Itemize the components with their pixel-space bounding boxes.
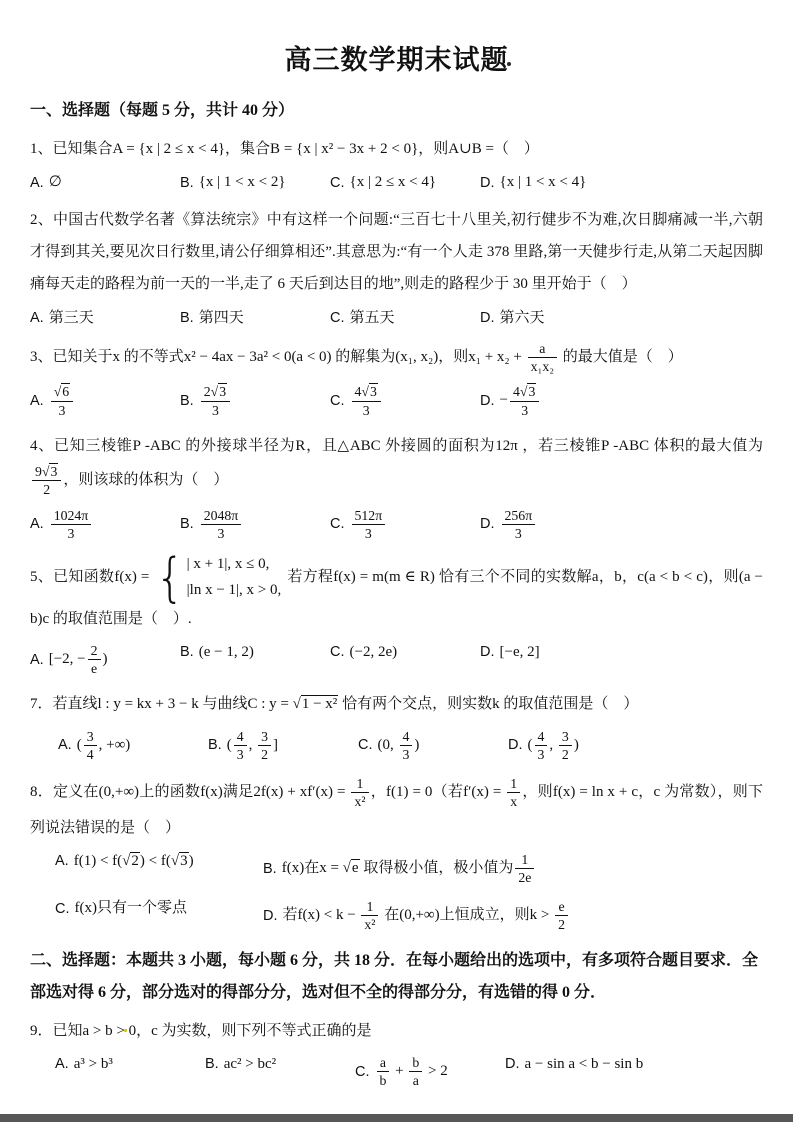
fraction-denominator: 3	[352, 525, 386, 542]
fraction-denominator: 3	[510, 402, 539, 419]
fraction-denominator: 3	[51, 402, 73, 419]
option-content: 第三天	[49, 307, 94, 330]
question-5-options: A.[−2, −2e)B.(e − 1, 2)C.(−2, 2e)D.[−e, …	[30, 641, 763, 678]
fraction-denominator: a	[409, 1072, 422, 1089]
option-A: A.第三天	[30, 307, 180, 330]
option-label: B.	[263, 861, 277, 877]
fraction-numerator: 1	[351, 775, 368, 793]
option-A: A.√63	[30, 382, 180, 419]
sqrt-radical: √3	[361, 383, 377, 399]
option-content: 256π3	[500, 506, 538, 543]
option-D: D.(43, 32)	[508, 727, 658, 764]
fraction-numerator: √6	[51, 383, 73, 401]
option-label: D.	[480, 516, 495, 532]
question-4-options: A.1024π3B.2048π3C.512π3D.256π3	[30, 506, 763, 543]
sqrt-bar: 3	[49, 463, 58, 479]
fraction-numerator: 1	[515, 851, 534, 869]
stray-mark-bottom	[124, 1029, 127, 1032]
option-content: −4√33	[500, 382, 542, 419]
fraction-denominator: e	[88, 660, 101, 677]
option-D: D.256π3	[480, 506, 630, 543]
fraction-numerator: 1024π	[51, 507, 92, 525]
fraction: 1x²	[351, 775, 368, 810]
sqrt-bar: 6	[61, 383, 70, 399]
option-label: A.	[55, 853, 69, 869]
fraction-numerator: 2√3	[201, 383, 230, 401]
option-A: A.(34, +∞)	[58, 727, 208, 764]
fraction-denominator: 3	[51, 525, 92, 542]
option-label: A.	[30, 393, 44, 409]
option-B: B.(e − 1, 2)	[180, 641, 330, 664]
option-content: (43, 32)	[528, 727, 579, 764]
option-content: f(x)在x = √e 取得极小值，极小值为12e	[282, 850, 537, 887]
option-content: {x | 1 < x < 2}	[199, 171, 286, 194]
fraction-denominator: 3	[201, 525, 242, 542]
fraction: 4√33	[510, 383, 539, 418]
option-A: A.∅	[30, 171, 180, 194]
fraction-numerator: 256π	[502, 507, 536, 525]
option-A: A.f(1) < f(√2) < f(√3)	[55, 850, 263, 873]
section-2-heading: 二、选择题：本题共 3 小题，每小题 6 分，共 18 分．在每小题给出的选项中…	[30, 945, 763, 1009]
question-7: 7．若直线l : y = kx + 3 − k 与曲线C : y = √1 − …	[30, 688, 763, 720]
sqrt-radical: √3	[171, 852, 189, 869]
fraction-denominator: x₁x₂	[528, 358, 557, 375]
fraction: 43	[535, 728, 548, 763]
sqrt-radical: √1 − x²	[293, 695, 339, 712]
fraction-denominator: x²	[351, 793, 368, 810]
sqrt-radical: √3	[520, 383, 536, 399]
question-8: 8．定义在(0,+∞)上的函数f(x)满足2f(x) + xf′(x) = 1x…	[30, 774, 763, 844]
option-content: [−e, 2]	[500, 641, 540, 664]
stray-mark-top	[507, 62, 511, 66]
option-content: 1024π3	[49, 506, 94, 543]
option-A: A.a³ > b³	[55, 1053, 205, 1076]
option-label: D.	[480, 393, 495, 409]
option-label: A.	[30, 516, 44, 532]
option-A: A.1024π3	[30, 506, 180, 543]
fraction-numerator: 2	[88, 642, 101, 660]
fraction-numerator: 512π	[352, 507, 386, 525]
question-9-options: A.a³ > b³B.ac² > bc²C.ab + ba > 2D.a − s…	[30, 1053, 763, 1090]
option-B: B.ac² > bc²	[205, 1053, 355, 1076]
option-label: A.	[58, 737, 72, 753]
option-label: C.	[330, 175, 345, 191]
option-D: D.−4√33	[480, 382, 630, 419]
section-1-heading: 一、选择题（每题 5 分，共计 40 分）	[30, 95, 763, 127]
fraction: 32	[559, 728, 572, 763]
question-1-options: A.∅B.{x | 1 < x < 2}C.{x | 2 ≤ x < 4}D.{…	[30, 171, 763, 194]
fraction-numerator: 9√3	[32, 463, 61, 481]
piecewise-rows: | x + 1|, x ≤ 0,|ln x − 1|, x > 0,	[187, 553, 282, 603]
option-label: C.	[355, 1064, 370, 1080]
fraction-denominator: 2	[555, 916, 568, 933]
option-label: D.	[508, 737, 523, 753]
option-label: B.	[180, 516, 194, 532]
option-label: B.	[180, 644, 194, 660]
question-5: 5、已知函数f(x) = {| x + 1|, x ≤ 0,|ln x − 1|…	[30, 553, 763, 635]
fraction: 1x	[507, 775, 520, 810]
option-label: C.	[330, 516, 345, 532]
fraction: 1024π3	[51, 507, 92, 542]
fraction: 43	[400, 728, 413, 763]
option-B: B.2048π3	[180, 506, 330, 543]
option-C: C.512π3	[330, 506, 480, 543]
option-D: D.若f(x) < k − 1x² 在(0,+∞)上恒成立，则k > e2	[263, 897, 763, 934]
option-C: C.ab + ba > 2	[355, 1053, 505, 1090]
option-label: A.	[30, 652, 44, 668]
exam-content: 高三数学期末试题 一、选择题（每题 5 分，共计 40 分）1、已知集合A = …	[0, 0, 793, 1090]
option-C: C.4√33	[330, 382, 480, 419]
option-B: B.2√33	[180, 382, 330, 419]
option-label: A.	[30, 175, 44, 191]
fraction: 2048π3	[201, 507, 242, 542]
question-1: 1、已知集合A = {x | 2 ≤ x < 4}，集合B = {x | x² …	[30, 133, 763, 165]
fraction: ax₁x₂	[528, 340, 557, 375]
option-content: 512π3	[350, 506, 388, 543]
fraction: 512π3	[352, 507, 386, 542]
option-B: B.f(x)在x = √e 取得极小值，极小值为12e	[263, 850, 763, 887]
sqrt-radical: √2	[122, 852, 140, 869]
option-label: C.	[358, 737, 373, 753]
fraction-denominator: b	[377, 1072, 390, 1089]
fraction-numerator: 3	[258, 728, 271, 746]
sqrt-radical: √e	[343, 859, 360, 876]
fraction-denominator: 3	[400, 746, 413, 763]
option-content: {x | 2 ≤ x < 4}	[350, 171, 437, 194]
option-content: ∅	[49, 171, 62, 194]
question-8-options-row-1: A.f(1) < f(√2) < f(√3)B.f(x)在x = √e 取得极小…	[30, 850, 763, 887]
fraction-denominator: 3	[535, 746, 548, 763]
question-9: 9．已知a > b > 0，c 为实数，则下列不等式正确的是	[30, 1015, 763, 1047]
option-A: A.[−2, −2e)	[30, 641, 180, 678]
option-label: C.	[330, 310, 345, 326]
option-label: D.	[480, 175, 495, 191]
option-content: (43, 32]	[227, 727, 278, 764]
sqrt-radical: √3	[42, 463, 58, 479]
fraction: √63	[51, 383, 73, 418]
question-8-options-row-2: C.f(x)只有一个零点D.若f(x) < k − 1x² 在(0,+∞)上恒成…	[30, 897, 763, 934]
fraction-numerator: a	[377, 1054, 390, 1072]
option-label: C.	[55, 901, 70, 917]
page-bottom-bar	[0, 1114, 793, 1122]
option-content: (34, +∞)	[77, 727, 131, 764]
fraction-numerator: 4√3	[352, 383, 381, 401]
fraction-numerator: 2048π	[201, 507, 242, 525]
option-label: A.	[55, 1056, 69, 1072]
fraction-numerator: 3	[559, 728, 572, 746]
sqrt-radical: √6	[54, 383, 70, 399]
fraction-numerator: b	[409, 1054, 422, 1072]
sqrt-bar: 1 − x²	[301, 695, 338, 712]
option-content: f(x)只有一个零点	[75, 897, 188, 920]
option-label: B.	[208, 737, 222, 753]
fraction-numerator: a	[528, 340, 557, 358]
option-B: B.{x | 1 < x < 2}	[180, 171, 330, 194]
option-content: a − sin a < b − sin b	[525, 1053, 644, 1076]
option-content: 2048π3	[199, 506, 244, 543]
fraction-numerator: 4	[535, 728, 548, 746]
fraction: e2	[555, 898, 568, 933]
option-D: D.[−e, 2]	[480, 641, 630, 664]
fraction-denominator: 4	[84, 746, 97, 763]
option-content: {x | 1 < x < 4}	[500, 171, 587, 194]
option-label: D.	[480, 644, 495, 660]
question-3: 3、已知关于x 的不等式x² − 4ax − 3a² < 0(a < 0) 的解…	[30, 339, 763, 376]
fraction-denominator: 2	[32, 481, 61, 498]
fraction-denominator: 3	[234, 746, 247, 763]
fraction-numerator: 4√3	[510, 383, 539, 401]
sqrt-radical: √3	[211, 383, 227, 399]
option-content: (e − 1, 2)	[199, 641, 254, 664]
fraction: 12e	[515, 851, 534, 886]
option-content: 第四天	[199, 307, 244, 330]
option-content: (0, 43)	[378, 727, 420, 764]
sqrt-bar: 3	[527, 383, 536, 399]
option-content: 2√33	[199, 382, 232, 419]
sqrt-bar: 3	[369, 383, 378, 399]
option-label: A.	[30, 310, 44, 326]
fraction: 34	[84, 728, 97, 763]
option-content: 若f(x) < k − 1x² 在(0,+∞)上恒成立，则k > e2	[283, 897, 570, 934]
fraction-denominator: 3	[502, 525, 536, 542]
fraction-denominator: x	[507, 793, 520, 810]
option-content: 第五天	[350, 307, 395, 330]
option-B: B.(43, 32]	[208, 727, 358, 764]
fraction-denominator: 2e	[515, 869, 534, 886]
fraction: 256π3	[502, 507, 536, 542]
option-label: C.	[330, 644, 345, 660]
option-C: C.第五天	[330, 307, 480, 330]
question-3-options: A.√63B.2√33C.4√33D.−4√33	[30, 382, 763, 419]
fraction-denominator: x²	[361, 916, 378, 933]
fraction-denominator: 3	[352, 402, 381, 419]
fraction-numerator: 4	[234, 728, 247, 746]
piecewise-function: {| x + 1|, x ≤ 0,|ln x − 1|, x > 0,	[155, 553, 281, 603]
option-content: ac² > bc²	[224, 1053, 276, 1076]
sqrt-bar: e	[351, 859, 360, 876]
option-C: C.(0, 43)	[358, 727, 508, 764]
option-B: B.第四天	[180, 307, 330, 330]
fraction: 1x²	[361, 898, 378, 933]
option-D: D.第六天	[480, 307, 630, 330]
piecewise-row: | x + 1|, x ≤ 0,	[187, 553, 282, 576]
fraction-denominator: 2	[559, 746, 572, 763]
sqrt-bar: 2	[130, 852, 140, 869]
piecewise-row: |ln x − 1|, x > 0,	[187, 579, 282, 602]
option-label: B.	[180, 175, 194, 191]
option-content: f(1) < f(√2) < f(√3)	[74, 850, 194, 873]
option-content: 第六天	[500, 307, 545, 330]
fraction: 43	[234, 728, 247, 763]
option-label: D.	[505, 1056, 520, 1072]
fraction: 9√32	[32, 463, 61, 498]
fraction: 2e	[88, 642, 101, 677]
sqrt-bar: 3	[218, 383, 227, 399]
fraction-denominator: 2	[258, 746, 271, 763]
option-label: D.	[480, 310, 495, 326]
fraction-numerator: 1	[361, 898, 378, 916]
page-title: 高三数学期末试题	[30, 38, 763, 77]
option-label: C.	[330, 393, 345, 409]
option-content: [−2, −2e)	[49, 641, 108, 678]
option-C: C.(−2, 2e)	[330, 641, 480, 664]
fraction-denominator: 3	[201, 402, 230, 419]
piecewise-brace: {	[155, 554, 184, 602]
option-content: √63	[49, 382, 75, 419]
option-D: D.a − sin a < b − sin b	[505, 1053, 655, 1076]
question-2-options: A.第三天B.第四天C.第五天D.第六天	[30, 307, 763, 330]
option-content: (−2, 2e)	[350, 641, 398, 664]
option-content: 4√33	[350, 382, 383, 419]
exam-page: 高三数学期末试题 一、选择题（每题 5 分，共计 40 分）1、已知集合A = …	[0, 0, 793, 1122]
question-7-options: A.(34, +∞)B.(43, 32]C.(0, 43)D.(43, 32)	[30, 727, 763, 764]
option-label: D.	[263, 908, 278, 924]
sqrt-bar: 3	[179, 852, 189, 869]
option-label: B.	[180, 393, 194, 409]
fraction: ab	[377, 1054, 390, 1089]
question-4: 4、已知三棱锥P -ABC 的外接球半径为R，且△ABC 外接圆的面积为12π …	[30, 430, 763, 500]
exam-body: 一、选择题（每题 5 分，共计 40 分）1、已知集合A = {x | 2 ≤ …	[30, 95, 763, 1090]
fraction: 4√33	[352, 383, 381, 418]
option-label: B.	[205, 1056, 219, 1072]
option-C: C.{x | 2 ≤ x < 4}	[330, 171, 480, 194]
option-label: B.	[180, 310, 194, 326]
question-2: 2、中国古代数学名著《算法统宗》中有这样一个问题:“三百七十八里关,初行健步不为…	[30, 204, 763, 301]
option-content: ab + ba > 2	[375, 1053, 448, 1090]
fraction: 32	[258, 728, 271, 763]
fraction: ba	[409, 1054, 422, 1089]
fraction-numerator: 3	[84, 728, 97, 746]
fraction: 2√33	[201, 383, 230, 418]
option-content: a³ > b³	[74, 1053, 113, 1076]
option-C: C.f(x)只有一个零点	[55, 897, 263, 920]
fraction-numerator: 4	[400, 728, 413, 746]
option-D: D.{x | 1 < x < 4}	[480, 171, 630, 194]
fraction-numerator: 1	[507, 775, 520, 793]
fraction-numerator: e	[555, 898, 568, 916]
